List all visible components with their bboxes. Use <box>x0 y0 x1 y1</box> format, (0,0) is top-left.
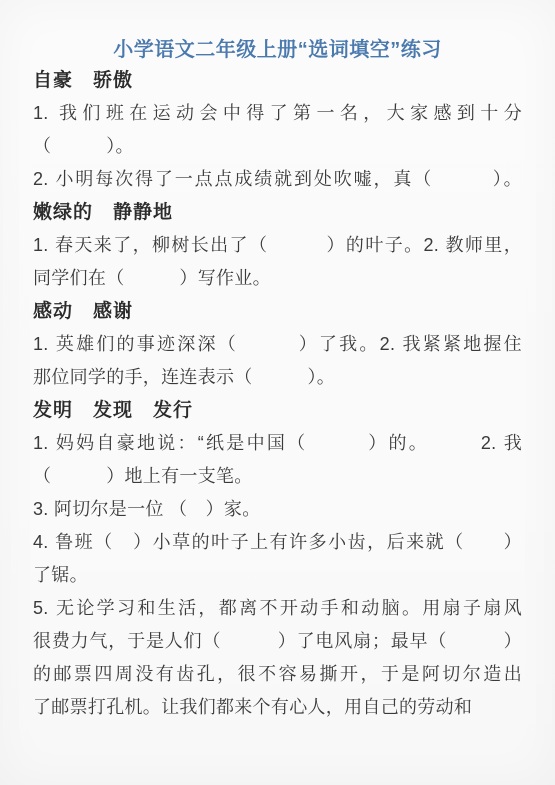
exercise-text-line: 的邮票四周没有齿孔，很不容易撕开，于是阿切尔造出 <box>33 658 522 691</box>
word-choices-header: 嫩绿的 静静地 <box>33 196 522 229</box>
exercise-text-line: （ ）。 <box>33 130 522 163</box>
exercise-text-line: 2. 小明每次得了一点点成绩就到处吹嘘，真（ ）。 <box>33 163 522 196</box>
exercise-text-line: 很费力气，于是人们（ ）了电风扇；最早（ ） <box>33 625 522 658</box>
exercise-text-line: 5. 无论学习和生活，都离不开动手和动脑。用扇子扇风 <box>33 592 522 625</box>
exercise-text-line: 4. 鲁班（ ）小草的叶子上有许多小齿，后来就（ ） <box>33 526 522 559</box>
exercise-section-nenlvde-jingjingde: 嫩绿的 静静地 1. 春天来了，柳树长出了（ ）的叶子。2. 教师里， 同学们在… <box>33 196 522 295</box>
worksheet-title: 小学语文二年级上册“选词填空”练习 <box>33 36 522 64</box>
exercise-text-line: 1. 英雄们的事迹深深（ ）了我。2. 我紧紧地握住 <box>33 328 522 361</box>
word-choices-header: 感动 感谢 <box>33 295 522 328</box>
exercise-text-line: （ ）地上有一支笔。 <box>33 460 522 493</box>
exercise-text-line: 1. 妈妈自豪地说：“纸是中国（ ）的。 2. 我 <box>33 427 522 460</box>
exercise-text-line: 1. 我们班在运动会中得了第一名，大家感到十分 <box>33 97 522 130</box>
exercise-section-zihao-jiaoao: 自豪 骄傲 1. 我们班在运动会中得了第一名，大家感到十分 （ ）。 2. 小明… <box>33 64 522 196</box>
exercise-text-line: 那位同学的手，连连表示（ ）。 <box>33 361 522 394</box>
exercise-text-line: 3. 阿切尔是一位 （ ）家。 <box>33 493 522 526</box>
word-choices-header: 发明 发现 发行 <box>33 394 522 427</box>
exercise-text-line: 1. 春天来了，柳树长出了（ ）的叶子。2. 教师里， <box>33 229 522 262</box>
exercise-section-gandong-ganxie: 感动 感谢 1. 英雄们的事迹深深（ ）了我。2. 我紧紧地握住 那位同学的手，… <box>33 295 522 394</box>
exercise-text-line: 了邮票打孔机。让我们都来个有心人，用自己的劳动和 <box>33 691 522 724</box>
word-choices-header: 自豪 骄傲 <box>33 64 522 97</box>
exercise-section-faming-faxian-faxing: 发明 发现 发行 1. 妈妈自豪地说：“纸是中国（ ）的。 2. 我 （ ）地上… <box>33 394 522 724</box>
worksheet-page: 小学语文二年级上册“选词填空”练习 自豪 骄傲 1. 我们班在运动会中得了第一名… <box>0 0 555 785</box>
exercise-text-line: 了锯。 <box>33 559 522 592</box>
exercise-text-line: 同学们在（ ）写作业。 <box>33 262 522 295</box>
